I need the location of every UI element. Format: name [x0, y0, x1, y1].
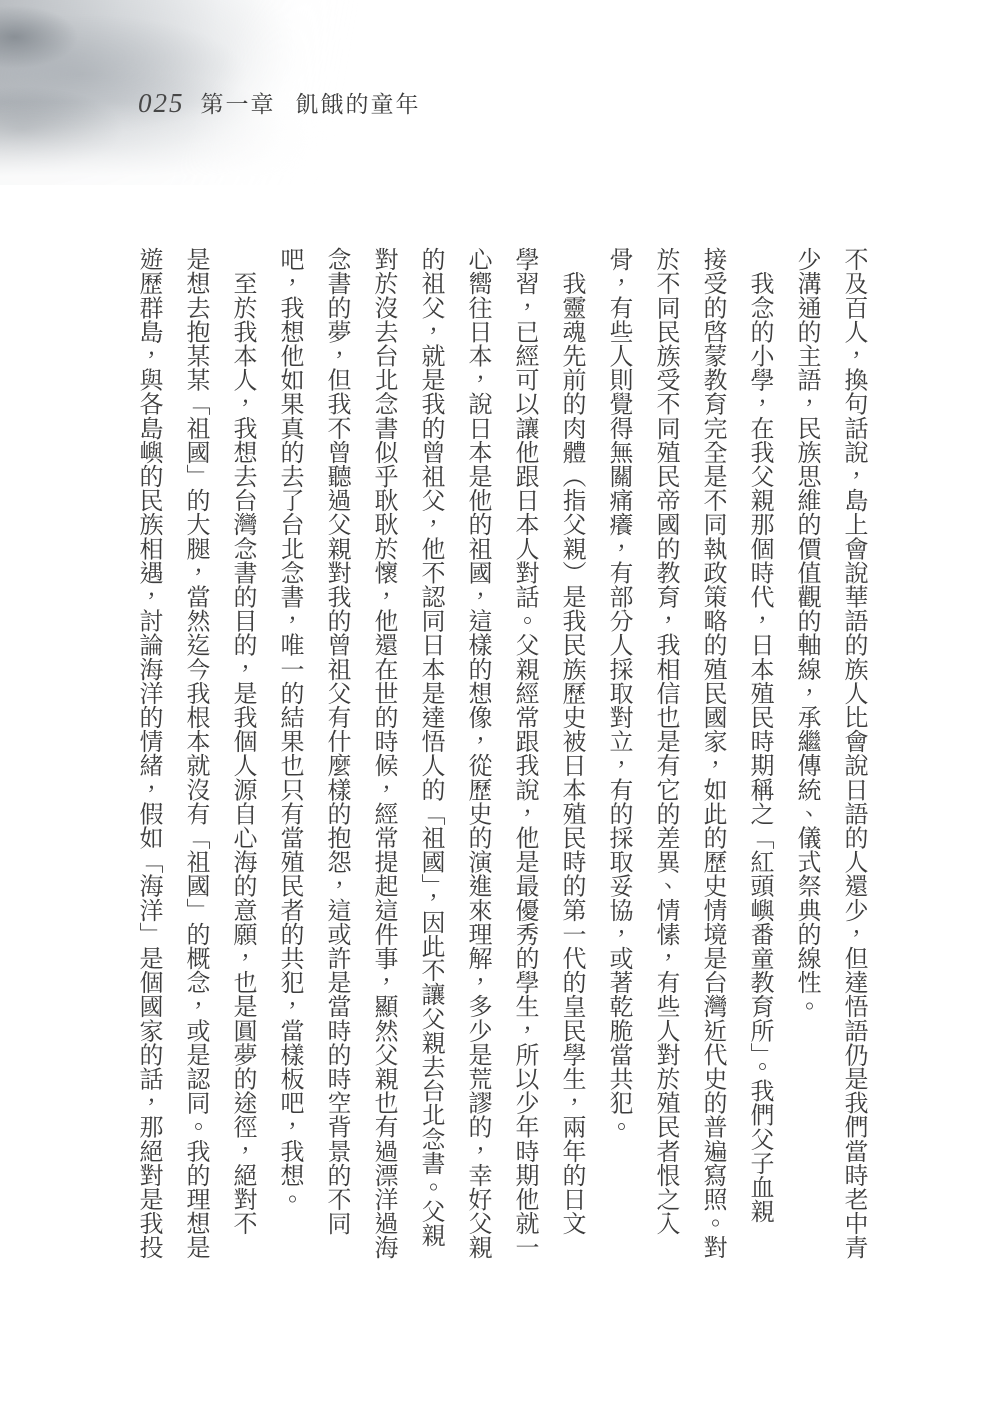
- text-column: 念書的夢，但我不曾聽過父親對我的曾祖父有什麼樣的抱怨，這或許是當時的時空背景的不…: [312, 247, 359, 1263]
- text-column: 於不同民族受不同殖民帝國的教育，我相信也是有它的差異、情愫，有些人對於殖民者恨之…: [641, 247, 688, 1263]
- page-header: 025 第一章 飢餓的童年: [138, 86, 421, 119]
- text-column: 不及百人，換句話說，島上會說華語的族人比會說日語的人還少，但達悟語仍是我們當時老…: [829, 247, 876, 1263]
- chapter-label: 第一章: [201, 86, 276, 119]
- page-number: 025: [138, 88, 185, 119]
- text-column: 對於沒去台北念書似乎耿耿於懷，他還在世的時候，經常提起這件事，顯然父親也有過漂洋…: [359, 247, 406, 1263]
- text-column: 遊歷群島，與各島嶼的民族相遇，討論海洋的情緒，假如「海洋」是個國家的話，那絕對是…: [124, 247, 171, 1263]
- text-column: 心嚮往日本，說日本是他的祖國，這樣的想像，從歷史的演進來理解，多少是荒謬的，幸好…: [453, 247, 500, 1263]
- text-column: 我念的小學，在我父親那個時代，日本殖民時期稱之「紅頭嶼番童教育所」。我們父子血親: [735, 247, 782, 1263]
- text-column: 接受的啓蒙教育完全是不同執政策略的殖民國家，如此的歷史情境是台灣近代史的普遍寫照…: [688, 247, 735, 1263]
- text-column: 少溝通的主語，民族思維的價值觀的軸線，承繼傳統、儀式祭典的線性。: [782, 247, 829, 1263]
- text-column: 學習，已經可以讓他跟日本人對話。父親經常跟我說，他是最優秀的學生，所以少年時期他…: [500, 247, 547, 1263]
- vertical-text-block: 不及百人，換句話說，島上會說華語的族人比會說日語的人還少，但達悟語仍是我們當時老…: [124, 247, 876, 1263]
- text-column: 是想去抱某某「祖國」的大腿，當然迄今我根本就沒有「祖國」的概念，或是認同。我的理…: [171, 247, 218, 1263]
- text-column: 骨，有些人則覺得無關痛癢，有部分人採取對立，有的採取妥協，或著乾脆當共犯。: [594, 247, 641, 1263]
- text-column: 的祖父，就是我的曾祖父，他不認同日本是達悟人的「祖國」，因此不讓父親去台北念書。…: [406, 247, 453, 1263]
- text-column: 吧，我想他如果真的去了台北念書，唯一的結果也只有當殖民者的共犯，當樣板吧，我想。: [265, 247, 312, 1263]
- chapter-title: 飢餓的童年: [296, 86, 421, 119]
- text-column: 我靈魂先前的肉體（指父親）是我民族歷史被日本殖民時的第一代的皇民學生，兩年的日文: [547, 247, 594, 1263]
- text-column: 至於我本人，我想去台灣念書的目的，是我個人源自心海的意願，也是圓夢的途徑，絕對不: [218, 247, 265, 1263]
